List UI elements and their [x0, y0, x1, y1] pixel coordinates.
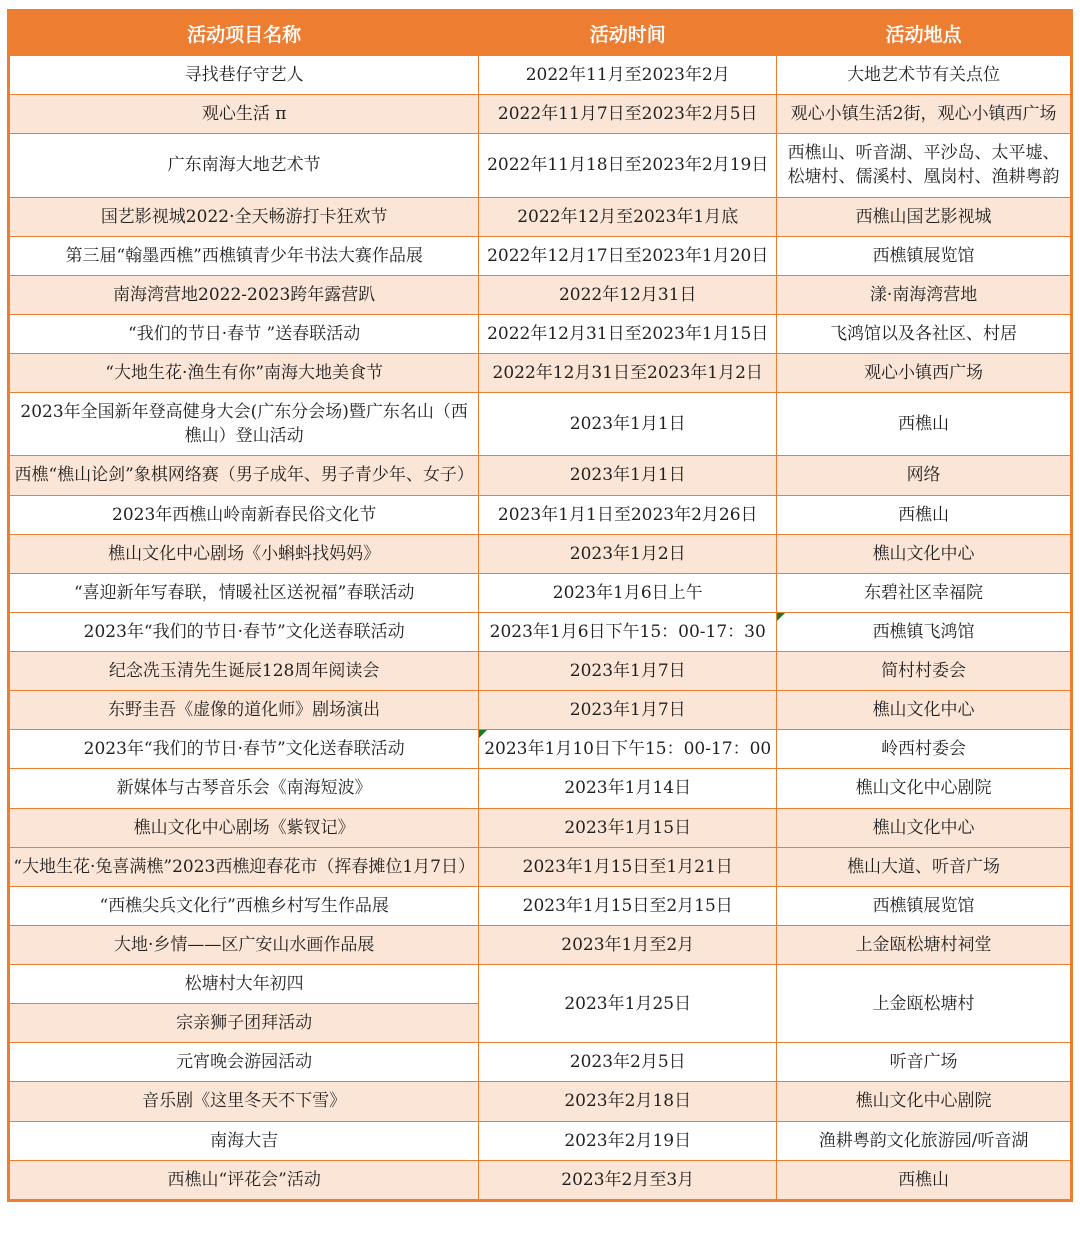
cell-activity-name: 音乐剧《这里冬天不下雪》 — [9, 1082, 479, 1121]
table-row: 南海湾营地2022-2023跨年露营趴2022年12月31日漾·南海湾营地 — [9, 275, 1072, 314]
table-row: 国艺影视城2022·全天畅游打卡狂欢节2022年12月至2023年1月底西樵山国… — [9, 197, 1072, 236]
green-corner-marker-icon — [479, 730, 487, 738]
cell-activity-time: 2023年1月至2月 — [479, 925, 777, 964]
cell-activity-place: 飞鸿馆以及各社区、村居 — [777, 314, 1072, 353]
green-corner-marker-icon — [777, 613, 785, 621]
cell-activity-place: 西樵镇飞鸿馆 — [777, 612, 1072, 651]
cell-activity-name: “大地生花·兔喜满樵”2023西樵迎春花市（挥春摊位1月7日） — [9, 847, 479, 886]
cell-activity-place: 西樵山 — [777, 393, 1072, 456]
table-row: 松塘村大年初四2023年1月25日上金瓯松塘村 — [9, 965, 1072, 1004]
table-row: 音乐剧《这里冬天不下雪》2023年2月18日樵山文化中心剧院 — [9, 1082, 1072, 1121]
cell-activity-time: 2023年2月至3月 — [479, 1160, 777, 1200]
page: 活动项目名称 活动时间 活动地点 寻找巷仔守艺人2022年11月至2023年2月… — [0, 0, 1080, 1211]
cell-activity-name: 大地·乡情——区广安山水画作品展 — [9, 925, 479, 964]
header-row: 活动项目名称 活动时间 活动地点 — [9, 11, 1072, 56]
table-row: 新媒体与古琴音乐会《南海短波》2023年1月14日樵山文化中心剧院 — [9, 769, 1072, 808]
cell-activity-time: 2022年12月31日 — [479, 275, 777, 314]
cell-activity-time: 2023年1月7日 — [479, 652, 777, 691]
table-row: “喜迎新年写春联，情暖社区送祝福”春联活动2023年1月6日上午东碧社区幸福院 — [9, 573, 1072, 612]
table-body: 寻找巷仔守艺人2022年11月至2023年2月大地艺术节有关点位观心生活 π20… — [9, 56, 1072, 1201]
cell-activity-name: 东野圭吾《虚像的道化师》剧场演出 — [9, 691, 479, 730]
table-row: 纪念冼玉清先生诞辰128周年阅读会2023年1月7日简村村委会 — [9, 652, 1072, 691]
cell-activity-name: 2023年全国新年登高健身大会(广东分会场)暨广东名山（西樵山）登山活动 — [9, 393, 479, 456]
cell-activity-time: 2023年1月25日 — [479, 965, 777, 1043]
table-row: 2023年“我们的节日·春节”文化送春联活动2023年1月6日下午15：00-1… — [9, 612, 1072, 651]
cell-activity-name: 国艺影视城2022·全天畅游打卡狂欢节 — [9, 197, 479, 236]
cell-activity-name: “喜迎新年写春联，情暖社区送祝福”春联活动 — [9, 573, 479, 612]
cell-activity-name: “我们的节日·春节 ”送春联活动 — [9, 314, 479, 353]
cell-activity-time: 2022年12月至2023年1月底 — [479, 197, 777, 236]
table-row: 元宵晚会游园活动2023年2月5日听音广场 — [9, 1043, 1072, 1082]
table-row: “大地生花·渔生有你”南海大地美食节2022年12月31日至2023年1月2日观… — [9, 354, 1072, 393]
table-row: 寻找巷仔守艺人2022年11月至2023年2月大地艺术节有关点位 — [9, 56, 1072, 95]
cell-activity-name: 西樵“樵山论剑”象棋网络赛（男子成年、男子青少年、女子） — [9, 456, 479, 495]
cell-activity-place: 大地艺术节有关点位 — [777, 56, 1072, 95]
cell-activity-place: 西樵山 — [777, 495, 1072, 534]
cell-activity-name: 2023年西樵山岭南新春民俗文化节 — [9, 495, 479, 534]
cell-activity-time: 2022年11月至2023年2月 — [479, 56, 777, 95]
cell-activity-name: 新媒体与古琴音乐会《南海短波》 — [9, 769, 479, 808]
cell-activity-name: 广东南海大地艺术节 — [9, 134, 479, 197]
cell-activity-place: 樵山文化中心剧院 — [777, 1082, 1072, 1121]
cell-activity-name: 纪念冼玉清先生诞辰128周年阅读会 — [9, 652, 479, 691]
cell-activity-place: 网络 — [777, 456, 1072, 495]
cell-activity-time: 2022年12月17日至2023年1月20日 — [479, 236, 777, 275]
table-row: 西樵“樵山论剑”象棋网络赛（男子成年、男子青少年、女子）2023年1月1日网络 — [9, 456, 1072, 495]
cell-activity-place: 樵山文化中心 — [777, 691, 1072, 730]
cell-activity-place: 渔耕粤韵文化旅游园/听音湖 — [777, 1121, 1072, 1160]
cell-activity-place: 观心小镇生活2街，观心小镇西广场 — [777, 95, 1072, 134]
table-row: “我们的节日·春节 ”送春联活动2022年12月31日至2023年1月15日飞鸿… — [9, 314, 1072, 353]
cell-activity-name: 观心生活 π — [9, 95, 479, 134]
cell-activity-name: 樵山文化中心剧场《小蝌蚪找妈妈》 — [9, 534, 479, 573]
table-row: 樵山文化中心剧场《紫钗记》2023年1月15日樵山文化中心 — [9, 808, 1072, 847]
header-activity-name: 活动项目名称 — [9, 11, 479, 56]
cell-activity-time: 2023年1月2日 — [479, 534, 777, 573]
cell-activity-place: 岭西村委会 — [777, 730, 1072, 769]
table-row: 南海大吉2023年2月19日渔耕粤韵文化旅游园/听音湖 — [9, 1121, 1072, 1160]
cell-activity-place: 樵山文化中心剧院 — [777, 769, 1072, 808]
cell-activity-name: 松塘村大年初四 — [9, 965, 479, 1004]
cell-activity-name: “大地生花·渔生有你”南海大地美食节 — [9, 354, 479, 393]
cell-activity-name: 樵山文化中心剧场《紫钗记》 — [9, 808, 479, 847]
header-activity-place: 活动地点 — [777, 11, 1072, 56]
cell-activity-place: 观心小镇西广场 — [777, 354, 1072, 393]
cell-activity-name: 第三届“翰墨西樵”西樵镇青少年书法大赛作品展 — [9, 236, 479, 275]
cell-activity-place: 漾·南海湾营地 — [777, 275, 1072, 314]
events-table: 活动项目名称 活动时间 活动地点 寻找巷仔守艺人2022年11月至2023年2月… — [7, 9, 1073, 1202]
cell-activity-time: 2023年2月5日 — [479, 1043, 777, 1082]
table-row: 第三届“翰墨西樵”西樵镇青少年书法大赛作品展2022年12月17日至2023年1… — [9, 236, 1072, 275]
cell-activity-name: 宗亲狮子团拜活动 — [9, 1004, 479, 1043]
cell-activity-time: 2023年1月1日 — [479, 456, 777, 495]
cell-activity-time: 2022年11月18日至2023年2月19日 — [479, 134, 777, 197]
cell-activity-time: 2023年1月1日 — [479, 393, 777, 456]
cell-activity-place: 东碧社区幸福院 — [777, 573, 1072, 612]
cell-activity-name: 南海大吉 — [9, 1121, 479, 1160]
cell-activity-time: 2023年1月6日下午15：00-17：30 — [479, 612, 777, 651]
table-row: 大地·乡情——区广安山水画作品展2023年1月至2月上金瓯松塘村祠堂 — [9, 925, 1072, 964]
cell-activity-place: 樵山大道、听音广场 — [777, 847, 1072, 886]
table-row: “大地生花·兔喜满樵”2023西樵迎春花市（挥春摊位1月7日）2023年1月15… — [9, 847, 1072, 886]
cell-activity-time: 2023年1月10日下午15：00-17：00 — [479, 730, 777, 769]
table-row: 2023年“我们的节日·春节”文化送春联活动2023年1月10日下午15：00-… — [9, 730, 1072, 769]
cell-activity-place: 樵山文化中心 — [777, 808, 1072, 847]
table-row: 广东南海大地艺术节2022年11月18日至2023年2月19日西樵山、听音湖、平… — [9, 134, 1072, 197]
cell-activity-name: 西樵山“评花会”活动 — [9, 1160, 479, 1200]
table-header: 活动项目名称 活动时间 活动地点 — [9, 11, 1072, 56]
cell-activity-name: 2023年“我们的节日·春节”文化送春联活动 — [9, 612, 479, 651]
cell-activity-name: 2023年“我们的节日·春节”文化送春联活动 — [9, 730, 479, 769]
cell-activity-time: 2023年1月6日上午 — [479, 573, 777, 612]
cell-activity-name: 元宵晚会游园活动 — [9, 1043, 479, 1082]
cell-activity-time: 2023年1月15日至2月15日 — [479, 886, 777, 925]
cell-activity-place: 西樵山、听音湖、平沙岛、太平墟、松塘村、儒溪村、凰岗村、渔耕粤韵 — [777, 134, 1072, 197]
cell-activity-time: 2022年11月7日至2023年2月5日 — [479, 95, 777, 134]
cell-activity-place: 樵山文化中心 — [777, 534, 1072, 573]
cell-activity-time: 2023年1月14日 — [479, 769, 777, 808]
cell-activity-time: 2023年1月7日 — [479, 691, 777, 730]
table-row: 西樵山“评花会”活动2023年2月至3月西樵山 — [9, 1160, 1072, 1200]
cell-activity-time: 2023年1月15日至1月21日 — [479, 847, 777, 886]
cell-activity-place: 西樵镇展览馆 — [777, 886, 1072, 925]
header-activity-time: 活动时间 — [479, 11, 777, 56]
cell-activity-place: 西樵镇展览馆 — [777, 236, 1072, 275]
cell-activity-place: 听音广场 — [777, 1043, 1072, 1082]
table-row: 2023年西樵山岭南新春民俗文化节2023年1月1日至2023年2月26日西樵山 — [9, 495, 1072, 534]
cell-activity-place: 上金瓯松塘村祠堂 — [777, 925, 1072, 964]
table-row: “西樵尖兵文化行”西樵乡村写生作品展2023年1月15日至2月15日西樵镇展览馆 — [9, 886, 1072, 925]
cell-activity-place: 西樵山国艺影视城 — [777, 197, 1072, 236]
cell-activity-place: 西樵山 — [777, 1160, 1072, 1200]
cell-activity-time: 2023年1月15日 — [479, 808, 777, 847]
table-row: 观心生活 π2022年11月7日至2023年2月5日观心小镇生活2街，观心小镇西… — [9, 95, 1072, 134]
cell-activity-place: 简村村委会 — [777, 652, 1072, 691]
cell-activity-place: 上金瓯松塘村 — [777, 965, 1072, 1043]
table-row: 东野圭吾《虚像的道化师》剧场演出2023年1月7日樵山文化中心 — [9, 691, 1072, 730]
cell-activity-name: 寻找巷仔守艺人 — [9, 56, 479, 95]
cell-activity-time: 2023年2月19日 — [479, 1121, 777, 1160]
cell-activity-time: 2022年12月31日至2023年1月2日 — [479, 354, 777, 393]
cell-activity-time: 2023年1月1日至2023年2月26日 — [479, 495, 777, 534]
cell-activity-name: “西樵尖兵文化行”西樵乡村写生作品展 — [9, 886, 479, 925]
cell-activity-time: 2023年2月18日 — [479, 1082, 777, 1121]
cell-activity-time: 2022年12月31日至2023年1月15日 — [479, 314, 777, 353]
table-row: 2023年全国新年登高健身大会(广东分会场)暨广东名山（西樵山）登山活动2023… — [9, 393, 1072, 456]
cell-activity-name: 南海湾营地2022-2023跨年露营趴 — [9, 275, 479, 314]
table-row: 樵山文化中心剧场《小蝌蚪找妈妈》2023年1月2日樵山文化中心 — [9, 534, 1072, 573]
